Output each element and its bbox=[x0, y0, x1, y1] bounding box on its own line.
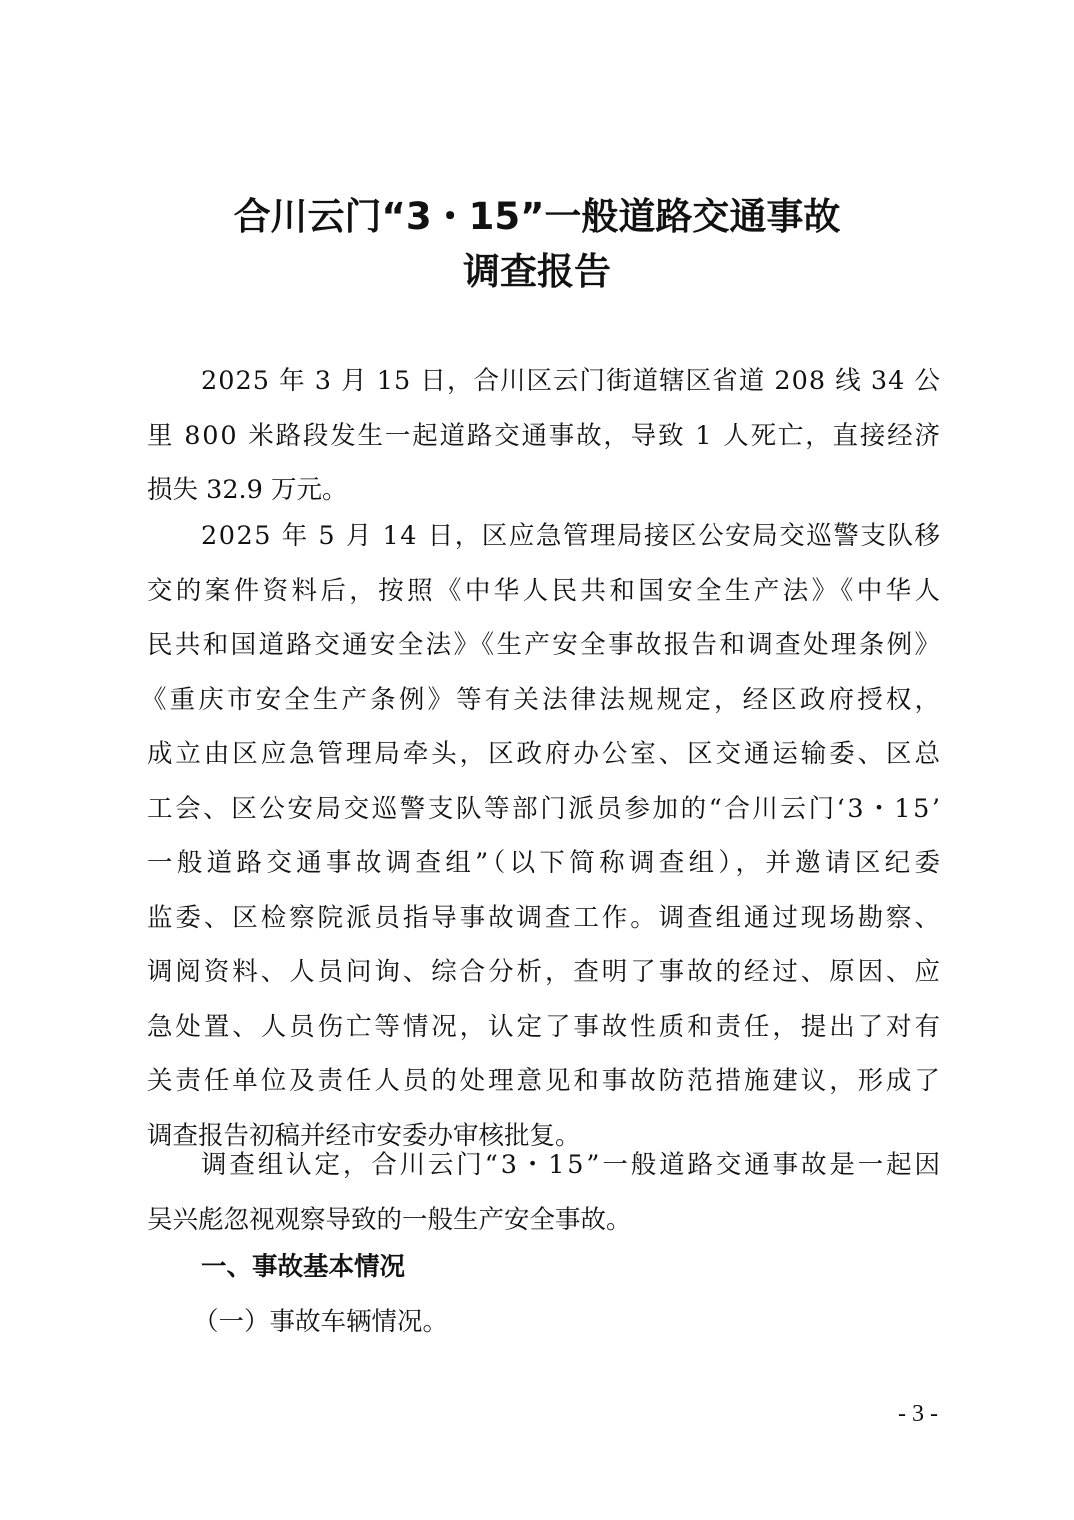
document-page: 合川云门“3・15”一般道路交通事故 调查报告 2025 年 3 月 15 日，… bbox=[0, 0, 1074, 1520]
line-text: 2025 年 5 月 14 日，区应急管理局接区公安局交巡警支队移 bbox=[201, 509, 942, 564]
paragraph-line: 急处置、人员伤亡等情况，认定了事故性质和责任，提出了对有 bbox=[147, 1000, 940, 1055]
paragraph-line: 交的案件资料后，按照《中华人民共和国安全生产法》《中华人 bbox=[147, 564, 940, 619]
line-text: 监委、区检察院派员指导事故调查工作。调查组通过现场勘察、 bbox=[147, 891, 943, 946]
paragraph-1: 2025 年 3 月 15 日，合川区云门街道辖区省道 208 线 34 公 里… bbox=[147, 354, 940, 518]
paragraph-line: 吴兴彪忽视观察导致的一般生产安全事故。 bbox=[147, 1193, 940, 1248]
document-title-line-2: 调查报告 bbox=[0, 248, 1074, 296]
paragraph-line: 里 800 米路段发生一起道路交通事故，导致 1 人死亡，直接经济 bbox=[147, 409, 940, 464]
line-text: 一般道路交通事故调查组”（以下简称调查组），并邀请区纪委 bbox=[147, 836, 944, 891]
paragraph-line: 工会、区公安局交巡警支队等部门派员参加的“合川云门‘3・15’ bbox=[147, 782, 940, 837]
line-text: 工会、区公安局交巡警支队等部门派员参加的“合川云门‘3・15’ bbox=[147, 782, 943, 837]
paragraph-line: 民共和国道路交通安全法》《生产安全事故报告和调查处理条例》 bbox=[147, 618, 940, 673]
page-number: - 3 - bbox=[898, 1398, 938, 1430]
paragraph-line: 2025 年 5 月 14 日，区应急管理局接区公安局交巡警支队移 bbox=[147, 509, 940, 564]
paragraph-line: 调查组认定，合川云门“3・15”一般道路交通事故是一起因 bbox=[147, 1138, 940, 1193]
line-text: 里 800 米路段发生一起道路交通事故，导致 1 人死亡，直接经济 bbox=[147, 409, 942, 464]
paragraph-2: 2025 年 5 月 14 日，区应急管理局接区公安局交巡警支队移 交的案件资料… bbox=[147, 509, 940, 1163]
line-text: 成立由区应急管理局牵头，区政府办公室、区交通运输委、区总 bbox=[147, 727, 943, 782]
section-heading: 一、事故基本情况 bbox=[201, 1243, 405, 1291]
paragraph-line: 调阅资料、人员问询、综合分析，查明了事故的经过、原因、应 bbox=[147, 945, 940, 1000]
line-text: 《重庆市安全生产条例》等有关法律法规规定，经区政府授权， bbox=[141, 673, 943, 728]
line-text: 吴兴彪忽视观察导致的一般生产安全事故。 bbox=[147, 1193, 632, 1248]
paragraph-line: 2025 年 3 月 15 日，合川区云门街道辖区省道 208 线 34 公 bbox=[147, 354, 940, 409]
line-text: 急处置、人员伤亡等情况，认定了事故性质和责任，提出了对有 bbox=[147, 1000, 943, 1055]
paragraph-3: 调查组认定，合川云门“3・15”一般道路交通事故是一起因 吴兴彪忽视观察导致的一… bbox=[147, 1138, 940, 1247]
paragraph-line: 成立由区应急管理局牵头，区政府办公室、区交通运输委、区总 bbox=[147, 727, 940, 782]
line-text: 调查组认定，合川云门“3・15”一般道路交通事故是一起因 bbox=[201, 1138, 943, 1193]
subsection-heading: （一）事故车辆情况。 bbox=[193, 1298, 448, 1346]
line-text: 2025 年 3 月 15 日，合川区云门街道辖区省道 208 线 34 公 bbox=[201, 354, 941, 409]
document-title-line-1: 合川云门“3・15”一般道路交通事故 bbox=[0, 193, 1074, 241]
paragraph-line: 一般道路交通事故调查组”（以下简称调查组），并邀请区纪委 bbox=[147, 836, 940, 891]
paragraph-line: 监委、区检察院派员指导事故调查工作。调查组通过现场勘察、 bbox=[147, 891, 940, 946]
line-text: 关责任单位及责任人员的处理意见和事故防范措施建议，形成了 bbox=[147, 1054, 943, 1109]
line-text: 民共和国道路交通安全法》《生产安全事故报告和调查处理条例》 bbox=[147, 618, 942, 673]
paragraph-line: 《重庆市安全生产条例》等有关法律法规规定，经区政府授权， bbox=[141, 673, 940, 728]
line-text: 交的案件资料后，按照《中华人民共和国安全生产法》《中华人 bbox=[147, 564, 943, 619]
paragraph-line: 关责任单位及责任人员的处理意见和事故防范措施建议，形成了 bbox=[147, 1054, 940, 1109]
line-text: 调阅资料、人员问询、综合分析，查明了事故的经过、原因、应 bbox=[147, 945, 943, 1000]
